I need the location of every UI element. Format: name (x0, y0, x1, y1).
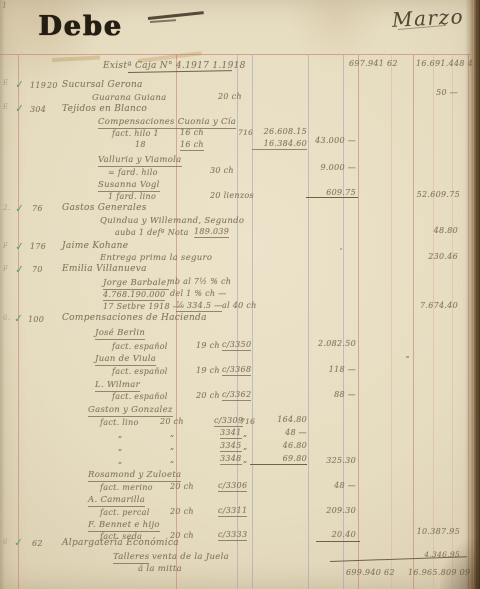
ledger-text: 19 ch (196, 342, 220, 350)
amount: 209.30 (300, 507, 356, 515)
ledger-text: „ (118, 431, 122, 439)
folio-number: 70 (32, 266, 43, 274)
amount: 46.80 (252, 442, 307, 450)
sub-account: F. Bennet e hijo (88, 521, 160, 532)
sub-account: Gaston y Gonzalez (88, 406, 173, 417)
ledger-text: 20 ch (170, 483, 194, 491)
ledger-text: „ (118, 457, 122, 465)
margin-mark: F (3, 266, 8, 273)
ledger-text: 30 ch (210, 167, 234, 175)
balance-forward-amount: 697.941 62 (349, 60, 398, 68)
account-name: Gastos Generales (62, 204, 147, 213)
ledger-text: 20 lienzos (210, 192, 254, 200)
amount: 7.674.40 (400, 302, 458, 310)
amount: 88 — (300, 391, 356, 399)
ledger-text: „ (170, 456, 174, 464)
ledger-text: fact. español (112, 343, 168, 351)
page-edge-line (473, 0, 474, 589)
ledger-text: fact. hilo 1 (112, 130, 159, 138)
ledger-text: 1 fard. lino (108, 193, 156, 201)
ledger-text: 20 ch (218, 93, 242, 101)
voucher-number: c/3350 (222, 341, 251, 351)
check-mark: ✓ (14, 79, 25, 91)
ledger-text: 16 ch (180, 141, 204, 151)
ledger-page: 1 Debe Marzo Existª Caja N° 4.1917 1.191… (0, 0, 480, 589)
voucher-number: c/3311 (218, 507, 247, 517)
sub-account: L. Wilmar (95, 381, 140, 392)
sum-underline (316, 541, 360, 542)
left-page-edge-shadow (0, 0, 5, 589)
amount: 50 — (400, 89, 458, 97)
account-name: Emilia Villanueva (62, 265, 147, 274)
ledger-text: á la mitta (138, 565, 182, 574)
account-name: Compensaciones de Hacienda (62, 314, 207, 323)
sum-underline (306, 197, 358, 198)
margin-mark: E (3, 80, 8, 87)
ledger-text: 716 (238, 129, 253, 137)
ledger-text: al 40 ch (222, 302, 257, 310)
folio-number: 119 (30, 82, 46, 90)
ledger-text: 20 ch (160, 418, 184, 426)
voucher-number: c/3306 (218, 482, 247, 492)
margin-mark: 6 (3, 539, 8, 546)
folio-number: 176 (30, 243, 46, 251)
amount: 26.608.15 (252, 128, 307, 136)
column-rule-pink (391, 55, 392, 589)
stain-streak (52, 55, 100, 62)
account-name: Tejidos en Blanco (62, 105, 147, 114)
margin-mark: 6. (3, 315, 10, 322)
column-rule-red (413, 55, 414, 589)
folio-number: 62 (32, 540, 43, 548)
ledger-text: „ (243, 456, 247, 464)
margin-mark: F (3, 243, 8, 250)
ink-speck (406, 356, 409, 358)
sub-account: Valluria y Viamola (98, 156, 182, 167)
ledger-text: fact. percal (100, 509, 150, 517)
voucher-number: 3341 (220, 429, 242, 439)
ledger-text: 20 ch (170, 508, 194, 516)
amount: 609.75 (300, 189, 356, 197)
ledger-text: = fard. hilo (108, 169, 158, 177)
amount: 2.082.50 (300, 340, 356, 348)
amount: 20.40 (300, 531, 356, 539)
ledger-text: Entrega prima la seguro (100, 254, 212, 263)
amount: 16.384.60 (252, 140, 307, 150)
column-rule-pink (433, 55, 434, 589)
amount: 230.46 (400, 253, 458, 261)
header-rule-line (0, 54, 471, 55)
sub-account: Rosamond y Zuloeta (88, 471, 181, 482)
account-name: Alpargatería Económica (62, 539, 179, 548)
voucher-number: c/3333 (218, 531, 247, 541)
ledger-text: 18 (135, 141, 146, 149)
check-mark: ✓ (13, 313, 24, 325)
ledger-text: Quindua y Willemand, Segundo (100, 217, 244, 226)
ink-speck (340, 248, 342, 250)
sum-underline (250, 464, 307, 465)
check-mark: ✓ (14, 264, 25, 276)
page-total: 699.940 62 (346, 569, 395, 577)
check-mark: ✓ (14, 203, 25, 215)
ink-smudge (150, 19, 176, 23)
day-number: 20 (47, 82, 58, 90)
ledger-text: fact. merino (100, 484, 153, 492)
ledger-text: fact. lino (100, 419, 139, 427)
amount: 69.80 (252, 455, 307, 463)
voucher-number: 3348 (220, 455, 242, 465)
amount: 48.80 (400, 227, 458, 235)
amount: 9.000 — (300, 164, 356, 172)
ledger-text: „ (170, 430, 174, 438)
folio-number: 76 (32, 205, 43, 213)
ledger-text: „ (243, 443, 247, 451)
amount: 118 — (300, 366, 356, 374)
ledger-text: „ (170, 443, 174, 451)
debit-page-title: Debe (38, 11, 123, 42)
ledger-text: 189.039 (194, 228, 229, 238)
ledger-text: venta de la Juela (152, 553, 229, 562)
page-number: 1 (2, 1, 7, 10)
sub-account: Jorge Barbale, (103, 279, 169, 290)
ledger-text: 17 Setbre 1918 — (103, 303, 181, 311)
voucher-number: c/3362 (222, 391, 251, 401)
check-mark: ✓ (14, 103, 25, 115)
ledger-text: Guarana Guiana (92, 94, 167, 103)
amount: 10.387.95 (400, 528, 460, 536)
ledger-text: Talleres (113, 553, 149, 564)
ledger-text: ⅞ 334.5 — (176, 302, 222, 312)
sub-account: Juan de Viula (95, 355, 156, 366)
amount: 52.609.75 (400, 191, 460, 199)
amount: 48 — (252, 429, 307, 437)
voucher-number: 3345 (220, 442, 242, 452)
bottom-corner-shadow (440, 539, 480, 589)
account-name: Jaime Kohane (62, 242, 128, 251)
ledger-text: auba 1 defª Nota (115, 229, 189, 237)
folio-number: 100 (28, 316, 44, 324)
ledger-text: 20 ch (196, 392, 220, 400)
column-rule-red (358, 55, 359, 589)
amount: 48 — (300, 482, 356, 490)
ledger-text: „ (118, 444, 122, 452)
sub-account: Susanna Vogl (98, 181, 160, 192)
column-rule-pink (452, 55, 453, 589)
amount: 325.30 (300, 457, 356, 465)
voucher-number: c/3368 (222, 366, 251, 376)
page-edge-line (476, 0, 477, 589)
ledger-text: 16 ch (180, 129, 204, 137)
ledger-text: mb al 7½ % ch (167, 278, 231, 286)
margin-mark: 2. (3, 205, 10, 212)
sub-account: Compensaciones Cuonia y Cía (98, 118, 236, 129)
ledger-text: 19 ch (196, 367, 220, 375)
sub-account: A. Camarilla (88, 496, 145, 507)
check-mark: ✓ (14, 241, 25, 253)
account-name: Sucursal Gerona (62, 81, 143, 90)
ledger-text: 4.768.190.000 (103, 291, 165, 301)
folio-number: 304 (30, 106, 46, 114)
margin-mark: E (3, 104, 8, 111)
amount: 164.80 (252, 416, 307, 424)
ledger-text: „ (243, 430, 247, 438)
ledger-text: fact. español (112, 368, 168, 376)
check-mark: ✓ (13, 537, 24, 549)
amount: 43.000 — (300, 137, 356, 145)
voucher-number: c/3309 (214, 417, 243, 427)
ledger-text: fact. español (112, 393, 168, 401)
ledger-text: del 1 % ch — (170, 290, 227, 298)
sub-account: José Berlin (95, 329, 145, 340)
